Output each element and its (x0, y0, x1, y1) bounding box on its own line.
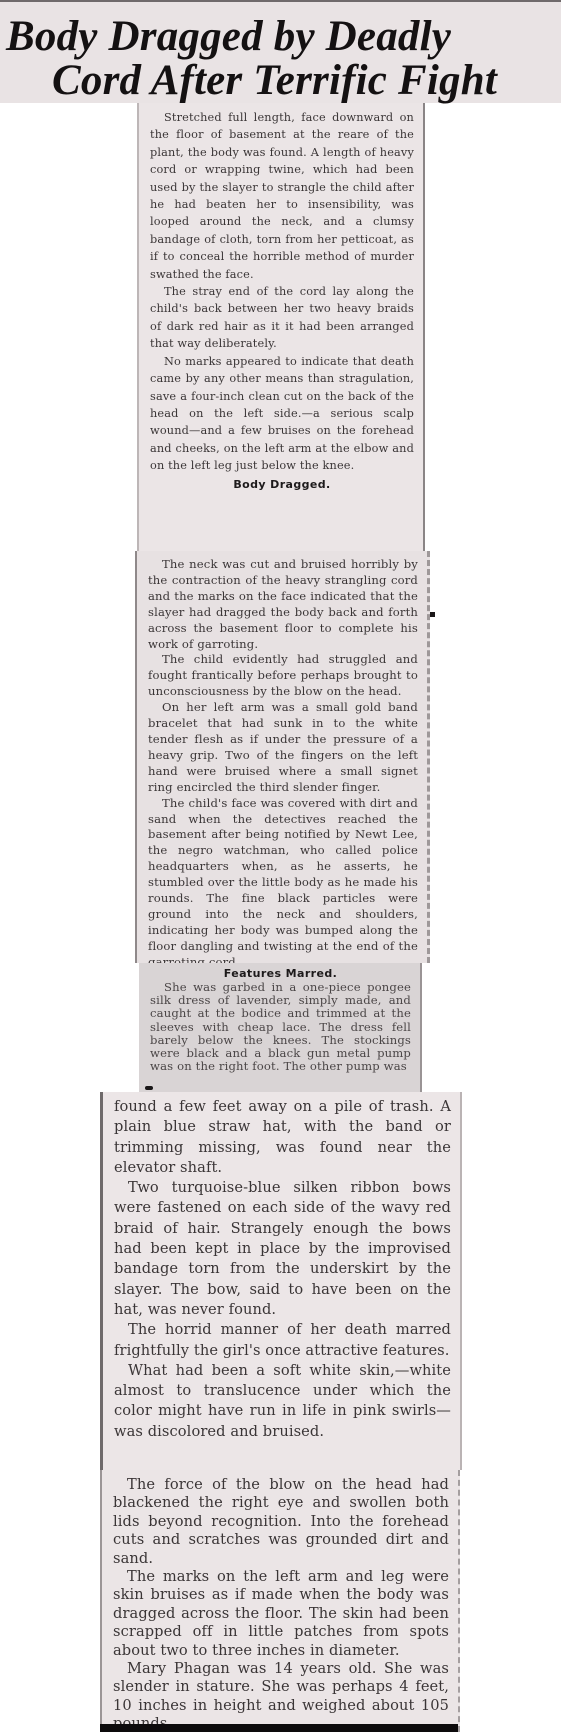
bottom-rule (100, 1724, 458, 1732)
article-clip-5: The force of the blow on the head had bl… (100, 1470, 460, 1732)
paragraph: The neck was cut and bruised horribly by… (148, 557, 418, 652)
subhead-body-dragged: Body Dragged. (150, 478, 414, 491)
paragraph: No marks appeared to indicate that death… (150, 353, 414, 475)
paragraph: On her left arm was a small gold band br… (148, 700, 418, 795)
headline-line-1: Body Dragged by Deadly (6, 12, 451, 61)
article-clip-2: The neck was cut and bruised horribly by… (135, 551, 430, 963)
subhead-features-marred: Features Marred. (150, 967, 411, 980)
paragraph: The child's face was covered with dirt a… (148, 796, 418, 971)
paragraph: Stretched full length, face downward on … (150, 109, 414, 283)
article-clip-1: Stretched full length, face downward on … (137, 103, 425, 551)
ink-mark (145, 1086, 153, 1090)
paragraph: She was garbed in a one-piece pongee sil… (150, 981, 411, 1073)
headline-line-2: Cord After Terrific Fight (52, 56, 497, 105)
paragraph: The horrid manner of her death marred fr… (114, 1320, 451, 1361)
column-marker (430, 612, 435, 617)
paragraph: What had been a soft white skin,—white a… (114, 1361, 451, 1442)
paragraph: The force of the blow on the head had bl… (113, 1476, 449, 1568)
paragraph: Two turquoise-blue silken ribbon bows we… (114, 1178, 451, 1320)
paragraph: The stray end of the cord lay along the … (150, 283, 414, 353)
paragraph: found a few feet away on a pile of trash… (114, 1097, 451, 1178)
headline: Body Dragged by Deadly Cord After Terrif… (0, 0, 561, 103)
article-clip-4: found a few feet away on a pile of trash… (100, 1092, 462, 1470)
article-clip-3: Features Marred. She was garbed in a one… (139, 963, 422, 1092)
paragraph: Mary Phagan was 14 years old. She was sl… (113, 1660, 449, 1732)
paragraph: The child evidently had struggled and fo… (148, 652, 418, 700)
paragraph: The marks on the left arm and leg were s… (113, 1568, 449, 1660)
